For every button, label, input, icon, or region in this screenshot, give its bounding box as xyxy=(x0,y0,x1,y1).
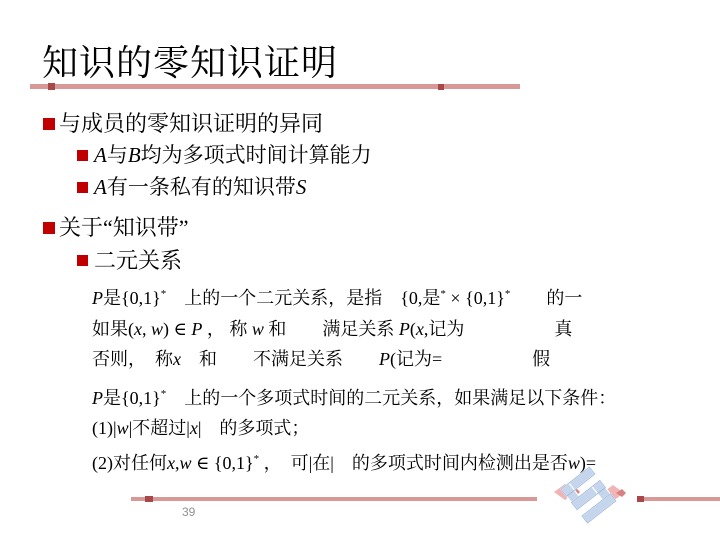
bullet-text: 关于“知识带” xyxy=(59,215,189,240)
accent-square xyxy=(438,84,444,90)
formula-line-5: (1)|w|不超过|x| 的多项式； xyxy=(92,418,309,440)
formula-line-3: 否则， 称x 和 不满足关系 P(记为= 假 xyxy=(92,349,550,371)
bullet-square-icon xyxy=(77,150,88,161)
bullet-item-5: 二元关系 xyxy=(77,248,182,273)
presentation-slide: 知识的零知识证明 与成员的零知识证明的异同 A与B均为多项式时间计算能力 A有一… xyxy=(0,0,720,540)
formula-line-4: P是{0,1}* 上的一个多项式时间的二元关系，如果满足以下条件： xyxy=(92,388,616,410)
logo-s-icon xyxy=(546,466,634,534)
formula-line-2: 如果(x, w) ∈ P ， 称 w 和 满足关系 P(x,记为 真 xyxy=(92,319,572,341)
formula-line-6: (2)对任何x,w ∈ {0,1}* ， 可|在| 的多项式时间内检测出是否w)… xyxy=(92,453,596,475)
footer-rule-left xyxy=(131,497,537,501)
accent-square xyxy=(48,83,55,90)
bullet-item-4: 关于“知识带” xyxy=(43,215,189,240)
formula-line-1: P是{0,1}* 上的一个二元关系，是指 {0,是* × {0,1}* 的一 xyxy=(92,288,582,310)
bullet-text: 与成员的零知识证明的异同 xyxy=(59,111,323,136)
bullet-square-icon xyxy=(77,182,88,193)
slide-title: 知识的零知识证明 xyxy=(42,45,338,81)
bullet-text: A与B均为多项式时间计算能力 xyxy=(94,143,372,167)
bullet-text: A有一条私有的知识带S xyxy=(94,175,306,199)
bullet-square-icon xyxy=(43,222,55,234)
bullet-square-icon xyxy=(43,118,55,130)
bullet-item-2: A与B均为多项式时间计算能力 xyxy=(77,143,372,167)
bullet-item-3: A有一条私有的知识带S xyxy=(77,175,306,199)
bullet-item-1: 与成员的零知识证明的异同 xyxy=(43,111,323,136)
bullet-text: 二元关系 xyxy=(94,248,182,273)
page-number: 39 xyxy=(182,505,195,519)
footer-rule-right xyxy=(637,497,720,501)
accent-square xyxy=(145,496,153,502)
bullet-square-icon xyxy=(77,255,88,266)
title-underline xyxy=(30,84,520,89)
accent-square xyxy=(637,496,644,502)
